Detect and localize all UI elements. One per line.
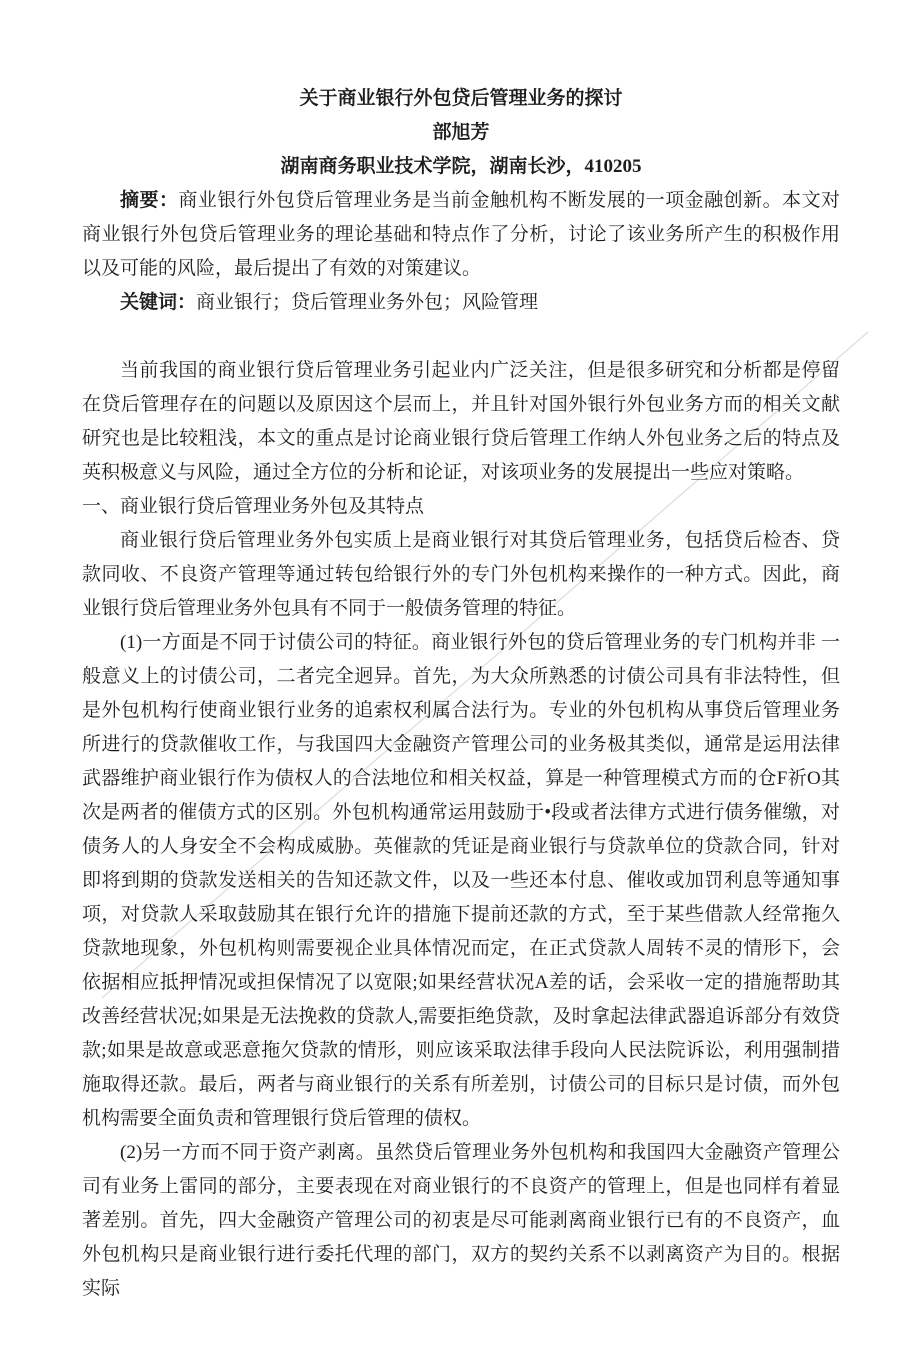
body-paragraph: 商业银行贷后管理业务外包实质上是商业银行对其贷后管理业务，包括贷后检杏、贷款同收… [82,524,840,626]
keywords-text: 商业银行；贷后管理业务外包；风险管理 [196,292,538,313]
author-affiliation: 湖南商务职业技术学院，湖南长沙，410205 [82,150,840,184]
body-sections: 当前我国的商业银行贷后管理业务引起业内广泛关注，但是很多研究和分析都是停留在贷后… [82,354,840,1306]
author-name: 部旭芳 [82,116,840,150]
body-paragraph: (2)另一方而不同于资产剥离。虽然贷后管理业务外包机构和我国四大金融资产管理公司… [82,1136,840,1306]
abstract-label: 摘要： [120,190,178,211]
document-page: 关于商业银行外包贷后管理业务的探讨 部旭芳 湖南商务职业技术学院，湖南长沙，41… [0,0,920,1358]
body-paragraph: (1)一方面是不同于讨债公司的特征。商业银行外包的贷后管理业务的专门机构并非 一… [82,626,840,1136]
document-content: 关于商业银行外包贷后管理业务的探讨 部旭芳 湖南商务职业技术学院，湖南长沙，41… [82,82,840,1306]
keywords-label: 关键词： [120,292,196,313]
abstract-paragraph: 摘要：商业银行外包贷后管理业务是当前金触机构不断发展的一项金融创新。本文对商业银… [82,184,840,286]
section-heading: 一、商业银行贷后管理业务外包及其特点 [82,490,840,524]
keywords-paragraph: 关键词：商业银行；贷后管理业务外包；风险管理 [82,286,840,320]
page-title: 关于商业银行外包贷后管理业务的探讨 [82,82,840,116]
body-paragraph: 当前我国的商业银行贷后管理业务引起业内广泛关注，但是很多研究和分析都是停留在贷后… [82,354,840,490]
abstract-text: 商业银行外包贷后管理业务是当前金触机构不断发展的一项金融创新。本文对商业银行外包… [82,190,840,279]
